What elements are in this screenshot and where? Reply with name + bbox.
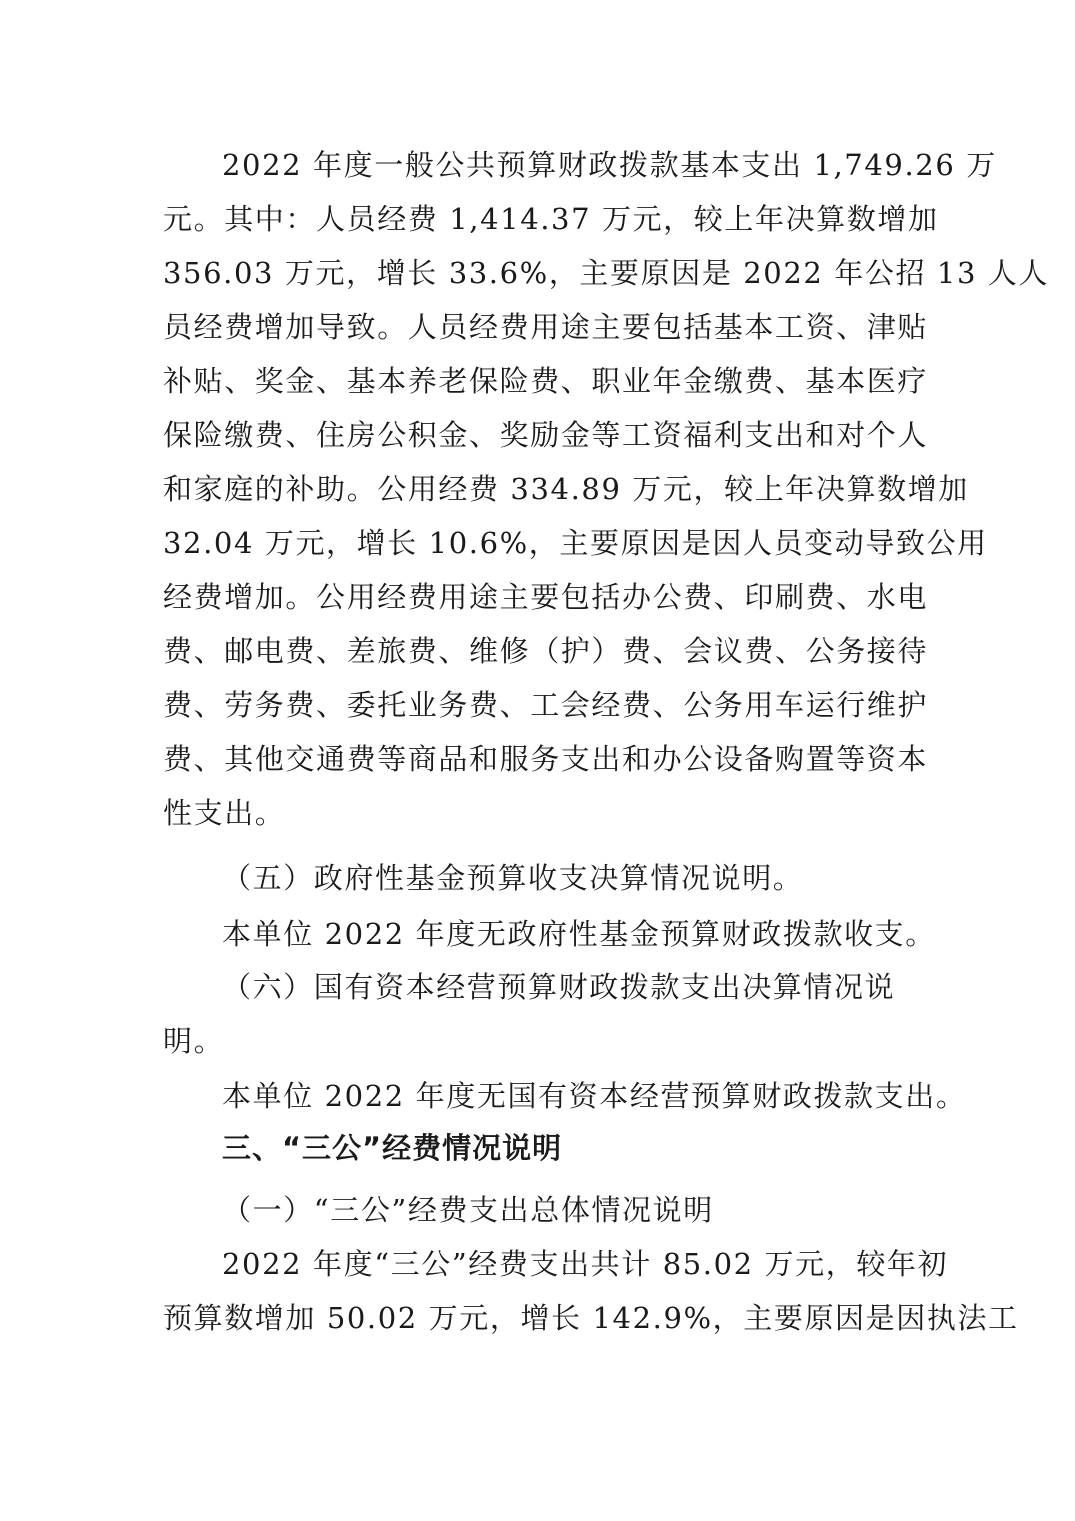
- paragraph-line: 32.04 万元，增长 10.6%，主要原因是因人员变动导致公用: [163, 525, 988, 561]
- section-5-body: 本单位 2022 年度无政府性基金预算财政拨款收支。: [222, 916, 936, 952]
- paragraph-line: 保险缴费、住房公积金、奖励金等工资福利支出和对个人: [163, 417, 928, 453]
- paragraph-line: 预算数增加 50.02 万元，增长 142.9%，主要原因是因执法工: [163, 1300, 1019, 1336]
- paragraph-line: 费、邮电费、差旅费、维修（护）费、会议费、公务接待: [163, 633, 928, 669]
- document-page: 2022 年度一般公共预算财政拨款基本支出 1,749.26 万 元。其中：人员…: [0, 0, 1075, 1521]
- paragraph-line: 元。其中：人员经费 1,414.37 万元，较上年决算数增加: [163, 201, 939, 237]
- section-6-heading: （六）国有资本经营预算财政拨款支出决算情况说: [222, 969, 895, 1005]
- paragraph-line: 费、劳务费、委托业务费、工会经费、公务用车运行维护: [163, 687, 928, 723]
- paragraph-line: 2022 年度“三公”经费支出共计 85.02 万元，较年初: [222, 1246, 948, 1282]
- paragraph-line: 356.03 万元，增长 33.6%，主要原因是 2022 年公招 13 人人: [163, 255, 1049, 291]
- section-6-heading-continued: 明。: [163, 1023, 224, 1059]
- subsection-1-heading: （一）“三公”经费支出总体情况说明: [222, 1192, 714, 1228]
- section-6-body: 本单位 2022 年度无国有资本经营预算财政拨款支出。: [222, 1078, 966, 1114]
- part-3-heading: 三、“三公”经费情况说明: [222, 1130, 562, 1166]
- paragraph-line: 性支出。: [163, 795, 285, 831]
- section-5-heading: （五）政府性基金预算收支决算情况说明。: [222, 860, 803, 896]
- paragraph-line: 2022 年度一般公共预算财政拨款基本支出 1,749.26 万: [222, 147, 997, 183]
- paragraph-line: 和家庭的补助。公用经费 334.89 万元，较上年决算数增加: [163, 471, 969, 507]
- paragraph-line: 补贴、奖金、基本养老保险费、职业年金缴费、基本医疗: [163, 363, 928, 399]
- paragraph-line: 员经费增加导致。人员经费用途主要包括基本工资、津贴: [163, 309, 928, 345]
- paragraph-line: 经费增加。公用经费用途主要包括办公费、印刷费、水电: [163, 579, 928, 615]
- paragraph-line: 费、其他交通费等商品和服务支出和办公设备购置等资本: [163, 741, 928, 777]
